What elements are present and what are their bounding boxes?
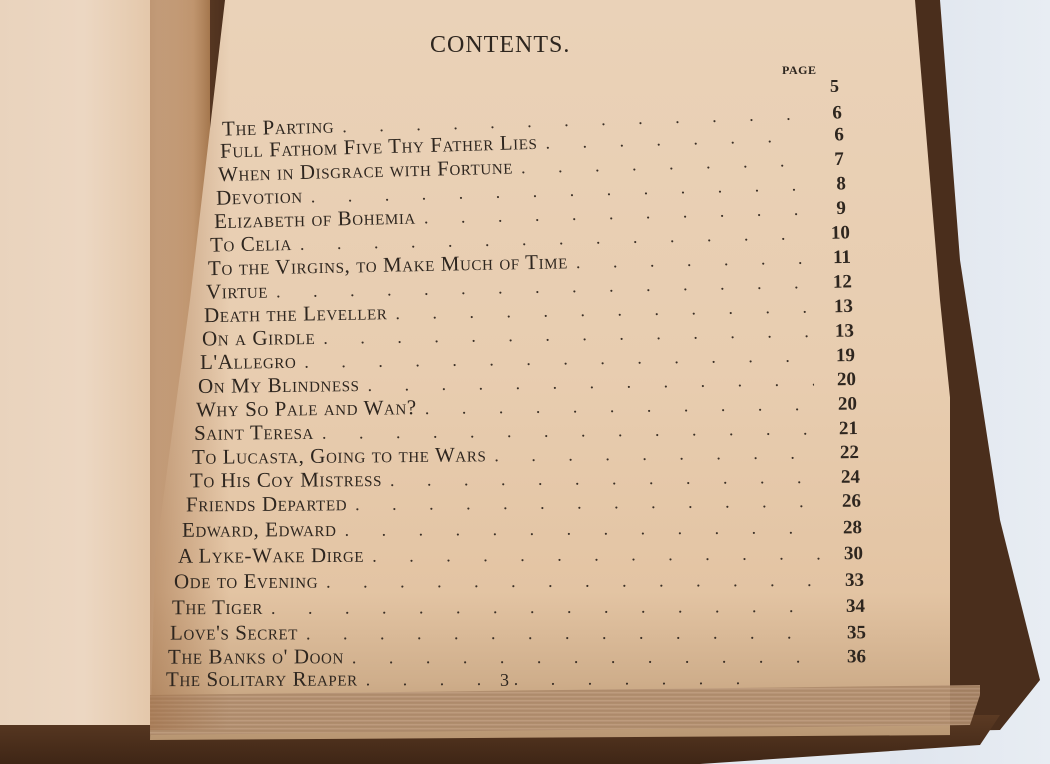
leader-dots: . . . . . . . . . . . . . . . . . . . . … bbox=[366, 668, 774, 690]
entry-page: 13 bbox=[812, 320, 854, 343]
toc-entry: Friends Departed . . . . . . . . . . . .… bbox=[186, 488, 861, 519]
entry-title: On My Blindness bbox=[198, 372, 360, 399]
entry-title: L'Allegro bbox=[200, 349, 297, 375]
entry-title: To Celia bbox=[210, 231, 292, 258]
entry-title: Friends Departed bbox=[186, 491, 347, 517]
entry-title: Love's Secret bbox=[170, 620, 298, 645]
entry-page: 24 bbox=[818, 467, 860, 489]
entry-page: 22 bbox=[817, 442, 859, 464]
leader-dots: . . . . . . . . . . . . . . . . . . . . … bbox=[494, 442, 817, 466]
entry-page: 36 bbox=[824, 646, 866, 668]
entry-title: Edward, Edward bbox=[182, 517, 337, 543]
leader-dots: . . . . . . . . . . . . . . . . . . . . … bbox=[390, 467, 818, 491]
leader-dots: . . . . . . . . . . . . . . . . . . . . … bbox=[306, 622, 824, 644]
contents-page: CONTENTS. PAGE 5 The Parting . . . . . .… bbox=[160, 30, 880, 700]
entry-page: 26 bbox=[819, 491, 861, 513]
entry-page: 28 bbox=[820, 517, 862, 539]
toc-entry: Love's Secret . . . . . . . . . . . . . … bbox=[170, 619, 866, 646]
entry-page: 20 bbox=[814, 369, 856, 392]
entry-page: 12 bbox=[810, 271, 852, 294]
entry-page: 34 bbox=[823, 596, 865, 618]
folio-page-number: 3 bbox=[500, 670, 509, 691]
entry-page: 9 bbox=[804, 198, 846, 221]
toc-entry: The Solitary Reaper . . . . . . . . . . … bbox=[166, 665, 816, 693]
entry-title: Saint Teresa bbox=[194, 420, 314, 446]
entry-page: 8 bbox=[804, 173, 847, 196]
page-title: CONTENTS. bbox=[430, 32, 570, 59]
entry-page: 7 bbox=[802, 149, 845, 172]
toc-entry: A Lyke-Wake Dirge . . . . . . . . . . . … bbox=[178, 540, 863, 570]
entry-title: To His Coy Mistress bbox=[190, 467, 382, 493]
entry-title: A Lyke-Wake Dirge bbox=[178, 543, 364, 569]
entry-page: 19 bbox=[813, 345, 855, 368]
entry-page: 35 bbox=[824, 622, 866, 644]
entry-page: 30 bbox=[821, 543, 863, 565]
entry-title: Ode to Evening bbox=[174, 569, 318, 595]
leader-dots: . . . . . . . . . . . . . . . . . . . . … bbox=[372, 543, 821, 566]
entry-page: 6 bbox=[802, 124, 845, 147]
entry-title: Virtue bbox=[206, 279, 268, 305]
first-page-number: 5 bbox=[830, 76, 839, 97]
entry-page: 21 bbox=[816, 418, 858, 440]
leader-dots: . . . . . . . . . . . . . . . . . . . . … bbox=[271, 596, 823, 619]
entry-title: The Solitary Reaper bbox=[166, 666, 358, 692]
toc-entry: Edward, Edward . . . . . . . . . . . . .… bbox=[182, 514, 862, 544]
entry-title: The Tiger bbox=[172, 595, 263, 620]
entry-page: 13 bbox=[811, 296, 853, 319]
entry-title: On a Girdle bbox=[202, 325, 316, 352]
entry-page: 20 bbox=[815, 394, 857, 416]
entry-page: 11 bbox=[809, 247, 851, 270]
toc-entry: Ode to Evening . . . . . . . . . . . . .… bbox=[174, 567, 864, 595]
leader-dots: . . . . . . . . . . . . . . . . . . . . … bbox=[326, 570, 822, 593]
entry-page: 33 bbox=[822, 570, 864, 592]
leader-dots: . . . . . . . . . . . . . . . . . . . . … bbox=[345, 517, 821, 540]
entry-page: 10 bbox=[808, 222, 850, 245]
toc-entry: The Tiger . . . . . . . . . . . . . . . … bbox=[172, 593, 865, 621]
leader-dots: . . . . . . . . . . . . . . . . . . . . … bbox=[355, 491, 819, 515]
page-column-heading: PAGE bbox=[782, 63, 816, 78]
